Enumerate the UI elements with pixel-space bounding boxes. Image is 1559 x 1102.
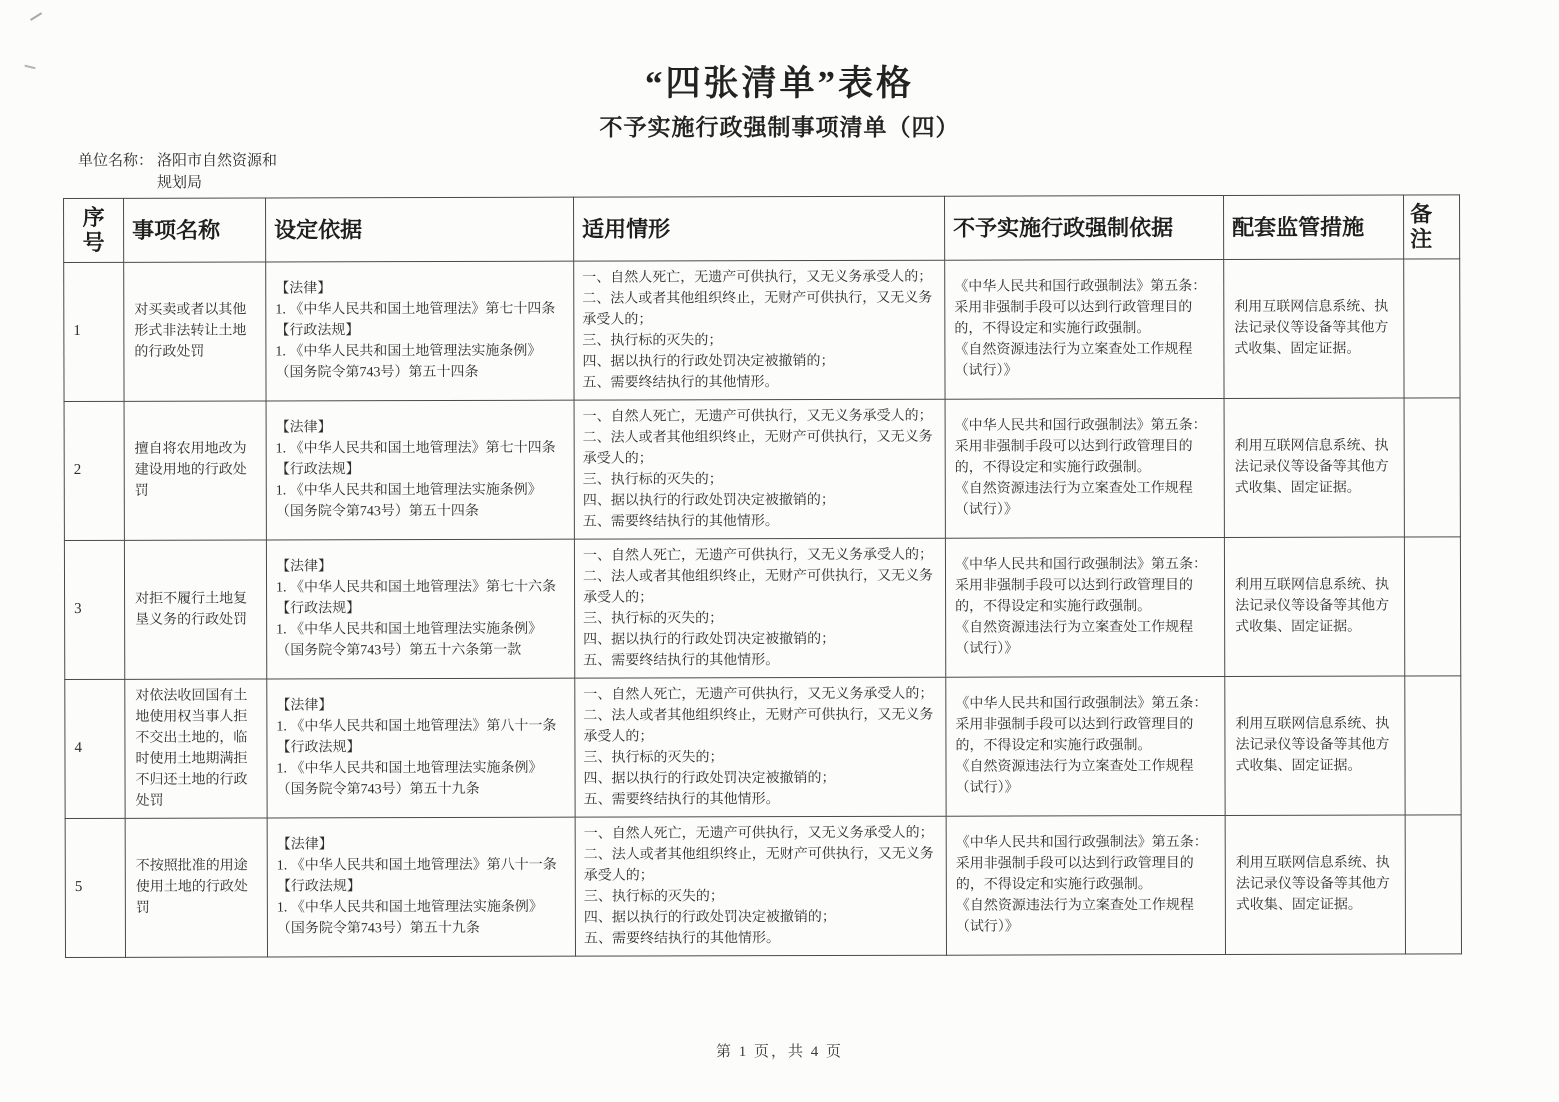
cell-no-enforcement-basis: 《中华人民共和国行政强制法》第五条：采用非强制手段可以达到行政管理目的的，不得设… xyxy=(946,676,1225,816)
cell-supervision-measures: 利用互联网信息系统、执法记录仪等设备等其他方式收集、固定证据。 xyxy=(1224,258,1404,397)
cell-setting-basis: 【法律】 1. 《中华人民共和国土地管理法》第七十四条 【行政法规】 1. 《中… xyxy=(266,260,574,400)
table-row: 4 对依法收回国有土地使用权当事人拒不交出土地的，临时使用土地期满拒不归还土地的… xyxy=(65,675,1461,818)
cell-item-name: 对买卖或者以其他形式非法转让土地的行政处罚 xyxy=(124,261,266,400)
header-配套监管措施: 配套监管措施 xyxy=(1224,194,1404,258)
cell-serial-number: 2 xyxy=(64,400,124,539)
header-事项名称: 事项名称 xyxy=(124,197,266,261)
cell-serial-number: 4 xyxy=(65,678,125,817)
document-subtitle: 不予实施行政强制事项清单（四） xyxy=(0,109,1559,142)
cell-setting-basis: 【法律】 1. 《中华人民共和国土地管理法》第七十六条 【行政法规】 1. 《中… xyxy=(266,538,574,678)
cell-item-name: 对拒不履行土地复垦义务的行政处罚 xyxy=(124,539,266,678)
table-row: 1 对买卖或者以其他形式非法转让土地的行政处罚 【法律】 1. 《中华人民共和国… xyxy=(64,258,1460,401)
cell-supervision-measures: 利用互联网信息系统、执法记录仪等设备等其他方式收集、固定证据。 xyxy=(1225,675,1405,814)
cell-no-enforcement-basis: 《中华人民共和国行政强制法》第五条：采用非强制手段可以达到行政管理目的的，不得设… xyxy=(945,537,1224,677)
cell-serial-number: 3 xyxy=(64,539,124,678)
cell-remark xyxy=(1404,258,1460,397)
cell-remark xyxy=(1405,675,1461,814)
unit-name-label: 单位名称： xyxy=(78,151,153,173)
table-row: 2 擅自将农用地改为建设用地的行政处罚 【法律】 1. 《中华人民共和国土地管理… xyxy=(64,397,1460,540)
cell-setting-basis: 【法律】 1. 《中华人民共和国土地管理法》第八十一条 【行政法规】 1. 《中… xyxy=(267,816,575,956)
header-序号: 序号 xyxy=(64,198,124,262)
header-适用情形: 适用情形 xyxy=(574,196,945,261)
cell-applicable-situations: 一、自然人死亡，无遗产可供执行，又无义务承受人的； 二、法人或者其他组织终止，无… xyxy=(574,259,945,399)
header-row: 序号 事项名称 设定依据 适用情形 不予实施行政强制依据 配套监管措施 备注 xyxy=(64,194,1460,261)
table-header: 序号 事项名称 设定依据 适用情形 不予实施行政强制依据 配套监管措施 备注 xyxy=(64,194,1460,261)
cell-serial-number: 1 xyxy=(64,261,124,400)
cell-supervision-measures: 利用互联网信息系统、执法记录仪等设备等其他方式收集、固定证据。 xyxy=(1224,397,1404,536)
document-title: “四张清单”表格 xyxy=(0,0,1559,106)
table-row: 5 不按照批准的用途使用土地的行政处罚 【法律】 1. 《中华人民共和国土地管理… xyxy=(65,814,1461,957)
page-number-footer: 第 1 页，共 4 页 xyxy=(0,1040,1559,1061)
cell-supervision-measures: 利用互联网信息系统、执法记录仪等设备等其他方式收集、固定证据。 xyxy=(1224,536,1404,675)
cell-remark xyxy=(1404,536,1460,675)
cell-remark xyxy=(1404,397,1460,536)
table-row: 3 对拒不履行土地复垦义务的行政处罚 【法律】 1. 《中华人民共和国土地管理法… xyxy=(64,536,1460,679)
unit-name-value: 洛阳市自然资源和 规划局 xyxy=(157,151,277,195)
header-不予实施行政强制依据: 不予实施行政强制依据 xyxy=(945,195,1224,259)
cell-serial-number: 5 xyxy=(65,817,125,956)
cell-item-name: 不按照批准的用途使用土地的行政处罚 xyxy=(125,817,267,956)
cell-setting-basis: 【法律】 1. 《中华人民共和国土地管理法》第八十一条 【行政法规】 1. 《中… xyxy=(267,677,575,817)
cell-applicable-situations: 一、自然人死亡，无遗产可供执行，又无义务承受人的； 二、法人或者其他组织终止，无… xyxy=(574,537,945,677)
cell-supervision-measures: 利用互联网信息系统、执法记录仪等设备等其他方式收集、固定证据。 xyxy=(1225,814,1405,953)
enforcement-items-table: 序号 事项名称 设定依据 适用情形 不予实施行政强制依据 配套监管措施 备注 1… xyxy=(63,194,1462,957)
header-备注: 备注 xyxy=(1404,194,1460,258)
cell-remark xyxy=(1405,814,1461,953)
cell-applicable-situations: 一、自然人死亡，无遗产可供执行，又无义务承受人的； 二、法人或者其他组织终止，无… xyxy=(575,676,946,816)
cell-no-enforcement-basis: 《中华人民共和国行政强制法》第五条：采用非强制手段可以达到行政管理目的的，不得设… xyxy=(946,815,1225,955)
table-body: 1 对买卖或者以其他形式非法转让土地的行政处罚 【法律】 1. 《中华人民共和国… xyxy=(64,258,1462,957)
cell-setting-basis: 【法律】 1. 《中华人民共和国土地管理法》第七十四条 【行政法规】 1. 《中… xyxy=(266,399,574,539)
header-设定依据: 设定依据 xyxy=(266,197,574,261)
cell-item-name: 擅自将农用地改为建设用地的行政处罚 xyxy=(124,400,266,539)
cell-applicable-situations: 一、自然人死亡，无遗产可供执行，又无义务承受人的； 二、法人或者其他组织终止，无… xyxy=(574,398,945,538)
cell-no-enforcement-basis: 《中华人民共和国行政强制法》第五条：采用非强制手段可以达到行政管理目的的，不得设… xyxy=(945,259,1224,399)
cell-no-enforcement-basis: 《中华人民共和国行政强制法》第五条：采用非强制手段可以达到行政管理目的的，不得设… xyxy=(945,398,1224,538)
unit-name-line: 单位名称： 洛阳市自然资源和 规划局 xyxy=(78,151,1559,195)
cell-item-name: 对依法收回国有土地使用权当事人拒不交出土地的，临时使用土地期满拒不归还土地的行政… xyxy=(125,678,267,817)
cell-applicable-situations: 一、自然人死亡，无遗产可供执行，又无义务承受人的； 二、法人或者其他组织终止，无… xyxy=(575,815,946,955)
